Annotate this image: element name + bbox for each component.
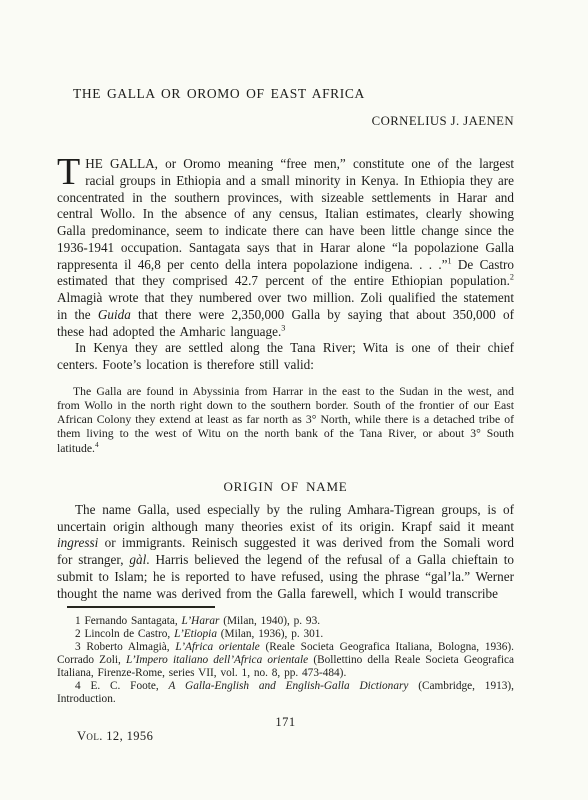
footnote-1: 1 Fernando Santagata, L’Harar (Milan, 19… — [57, 615, 514, 628]
block-quote: The Galla are found in Abyssinia from Ha… — [57, 385, 514, 456]
footnote-3: 3 Roberto Almagià, L’Africa orientale (R… — [57, 641, 514, 680]
footnote-rule — [67, 606, 215, 608]
footnote-4: 4 E. C. Foote, A Galla-English and Engli… — [57, 680, 514, 706]
paragraph-intro-text: HE GALLA, or Oromo meaning “free men,” c… — [57, 156, 514, 339]
journal-page: THE GALLA OR OROMO OF EAST AFRICA CORNEL… — [0, 0, 588, 800]
volume-footer: Vol. 12, 1956 — [77, 729, 153, 744]
section-heading: ORIGIN OF NAME — [57, 479, 514, 494]
dropcap-letter: T — [57, 156, 85, 187]
footnotes-block: 1 Fernando Santagata, L’Harar (Milan, 19… — [57, 615, 514, 706]
article-title: THE GALLA OR OROMO OF EAST AFRICA — [57, 85, 514, 102]
paragraph-intro: THE GALLA, or Oromo meaning “free men,” … — [57, 156, 514, 340]
page-content: THE GALLA OR OROMO OF EAST AFRICA CORNEL… — [57, 85, 514, 730]
paragraph-kenya: In Kenya they are settled along the Tana… — [57, 340, 514, 374]
footnote-2: 2 Lincoln de Castro, L’Etiopia (Milan, 1… — [57, 628, 514, 641]
paragraph-origin: The name Galla, used especially by the r… — [57, 502, 514, 603]
article-author: CORNELIUS J. JAENEN — [57, 113, 514, 129]
